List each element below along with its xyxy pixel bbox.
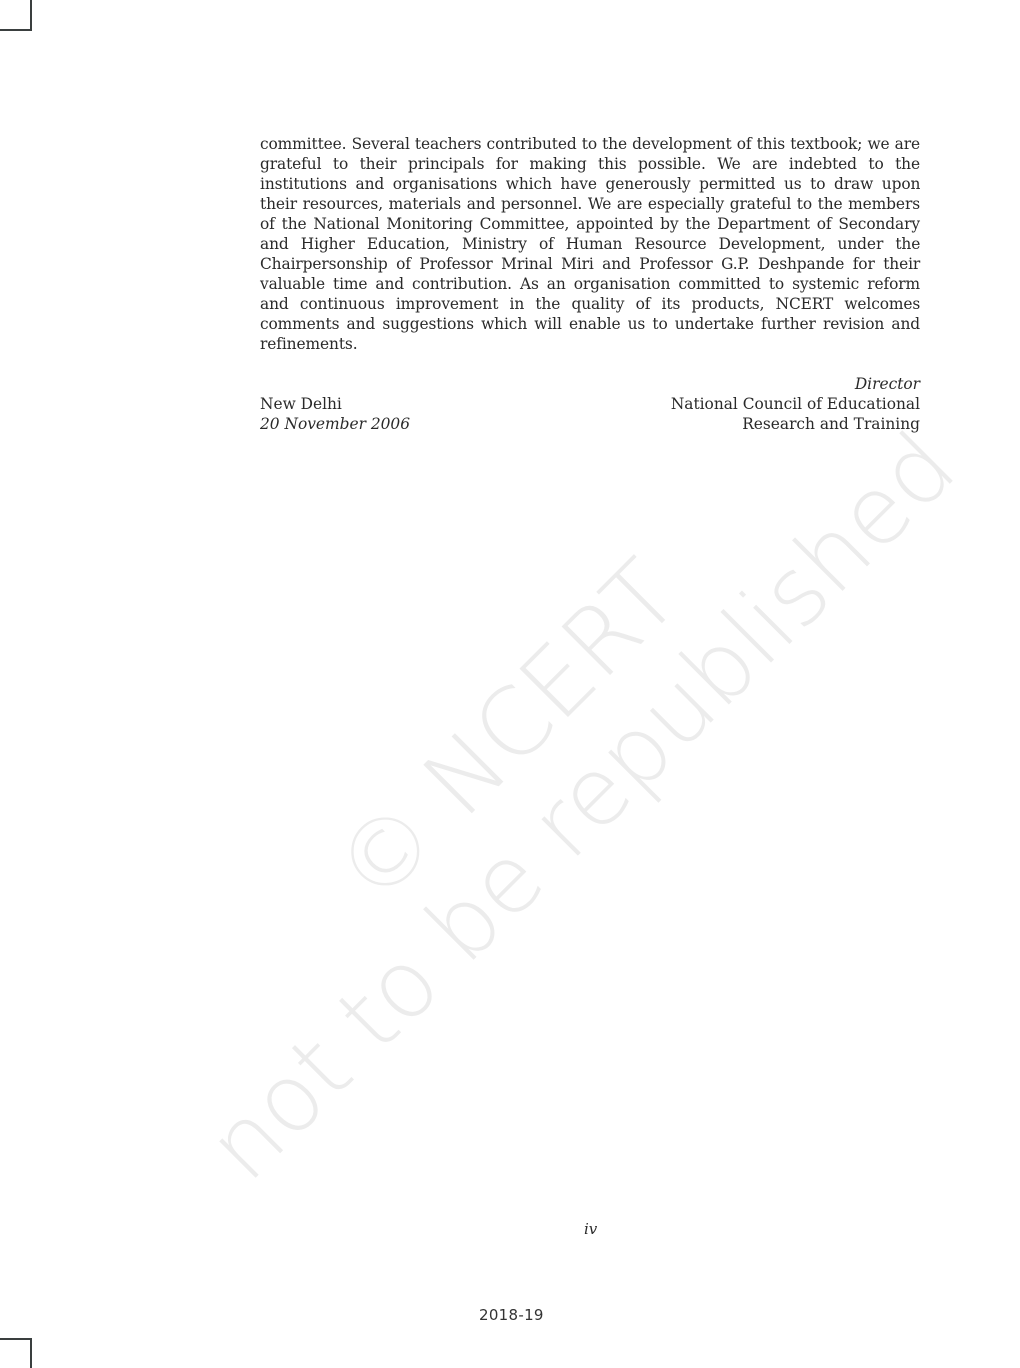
signatory-title: Director: [671, 374, 920, 394]
organisation-line-2: Research and Training: [671, 414, 920, 434]
crop-mark-bottom-left: [30, 1338, 32, 1368]
paragraph-line: of the National Monitoring Committee, ap…: [260, 214, 920, 234]
paragraph-line: their resources, materials and personnel…: [260, 194, 920, 214]
signature-place: New Delhi: [260, 394, 342, 414]
signature-date: 20 November 2006: [260, 414, 410, 434]
paragraph-line: and continuous improvement in the qualit…: [260, 294, 920, 314]
paragraph-line: valuable time and contribution. As an or…: [260, 274, 920, 294]
crop-mark-top-left: [30, 0, 32, 31]
paragraph-line: and Higher Education, Ministry of Human …: [260, 234, 920, 254]
foreword-paragraph: committee. Several teachers contributed …: [260, 134, 920, 354]
paragraph-line: Chairpersonship of Professor Mrinal Miri…: [260, 254, 920, 274]
paragraph-line: institutions and organisations which hav…: [260, 174, 920, 194]
crop-mark-bottom-left: [0, 1338, 32, 1340]
edition-year: 2018-19: [479, 1306, 544, 1324]
watermark-line-2: not to be republished: [189, 414, 976, 1201]
organisation-line-1: National Council of Educational: [671, 394, 920, 414]
paragraph-line: refinements.: [260, 334, 920, 354]
paragraph-line: grateful to their principals for making …: [260, 154, 920, 174]
copyright-watermark: © NCERT not to be republished: [115, 340, 976, 1201]
paragraph-line: committee. Several teachers contributed …: [260, 134, 920, 154]
watermark-line-1: © NCERT: [315, 540, 700, 925]
crop-mark-top-left: [0, 29, 32, 31]
signature-block: Director National Council of Educational…: [671, 374, 920, 434]
paragraph-line: comments and suggestions which will enab…: [260, 314, 920, 334]
page-number: iv: [584, 1220, 597, 1238]
